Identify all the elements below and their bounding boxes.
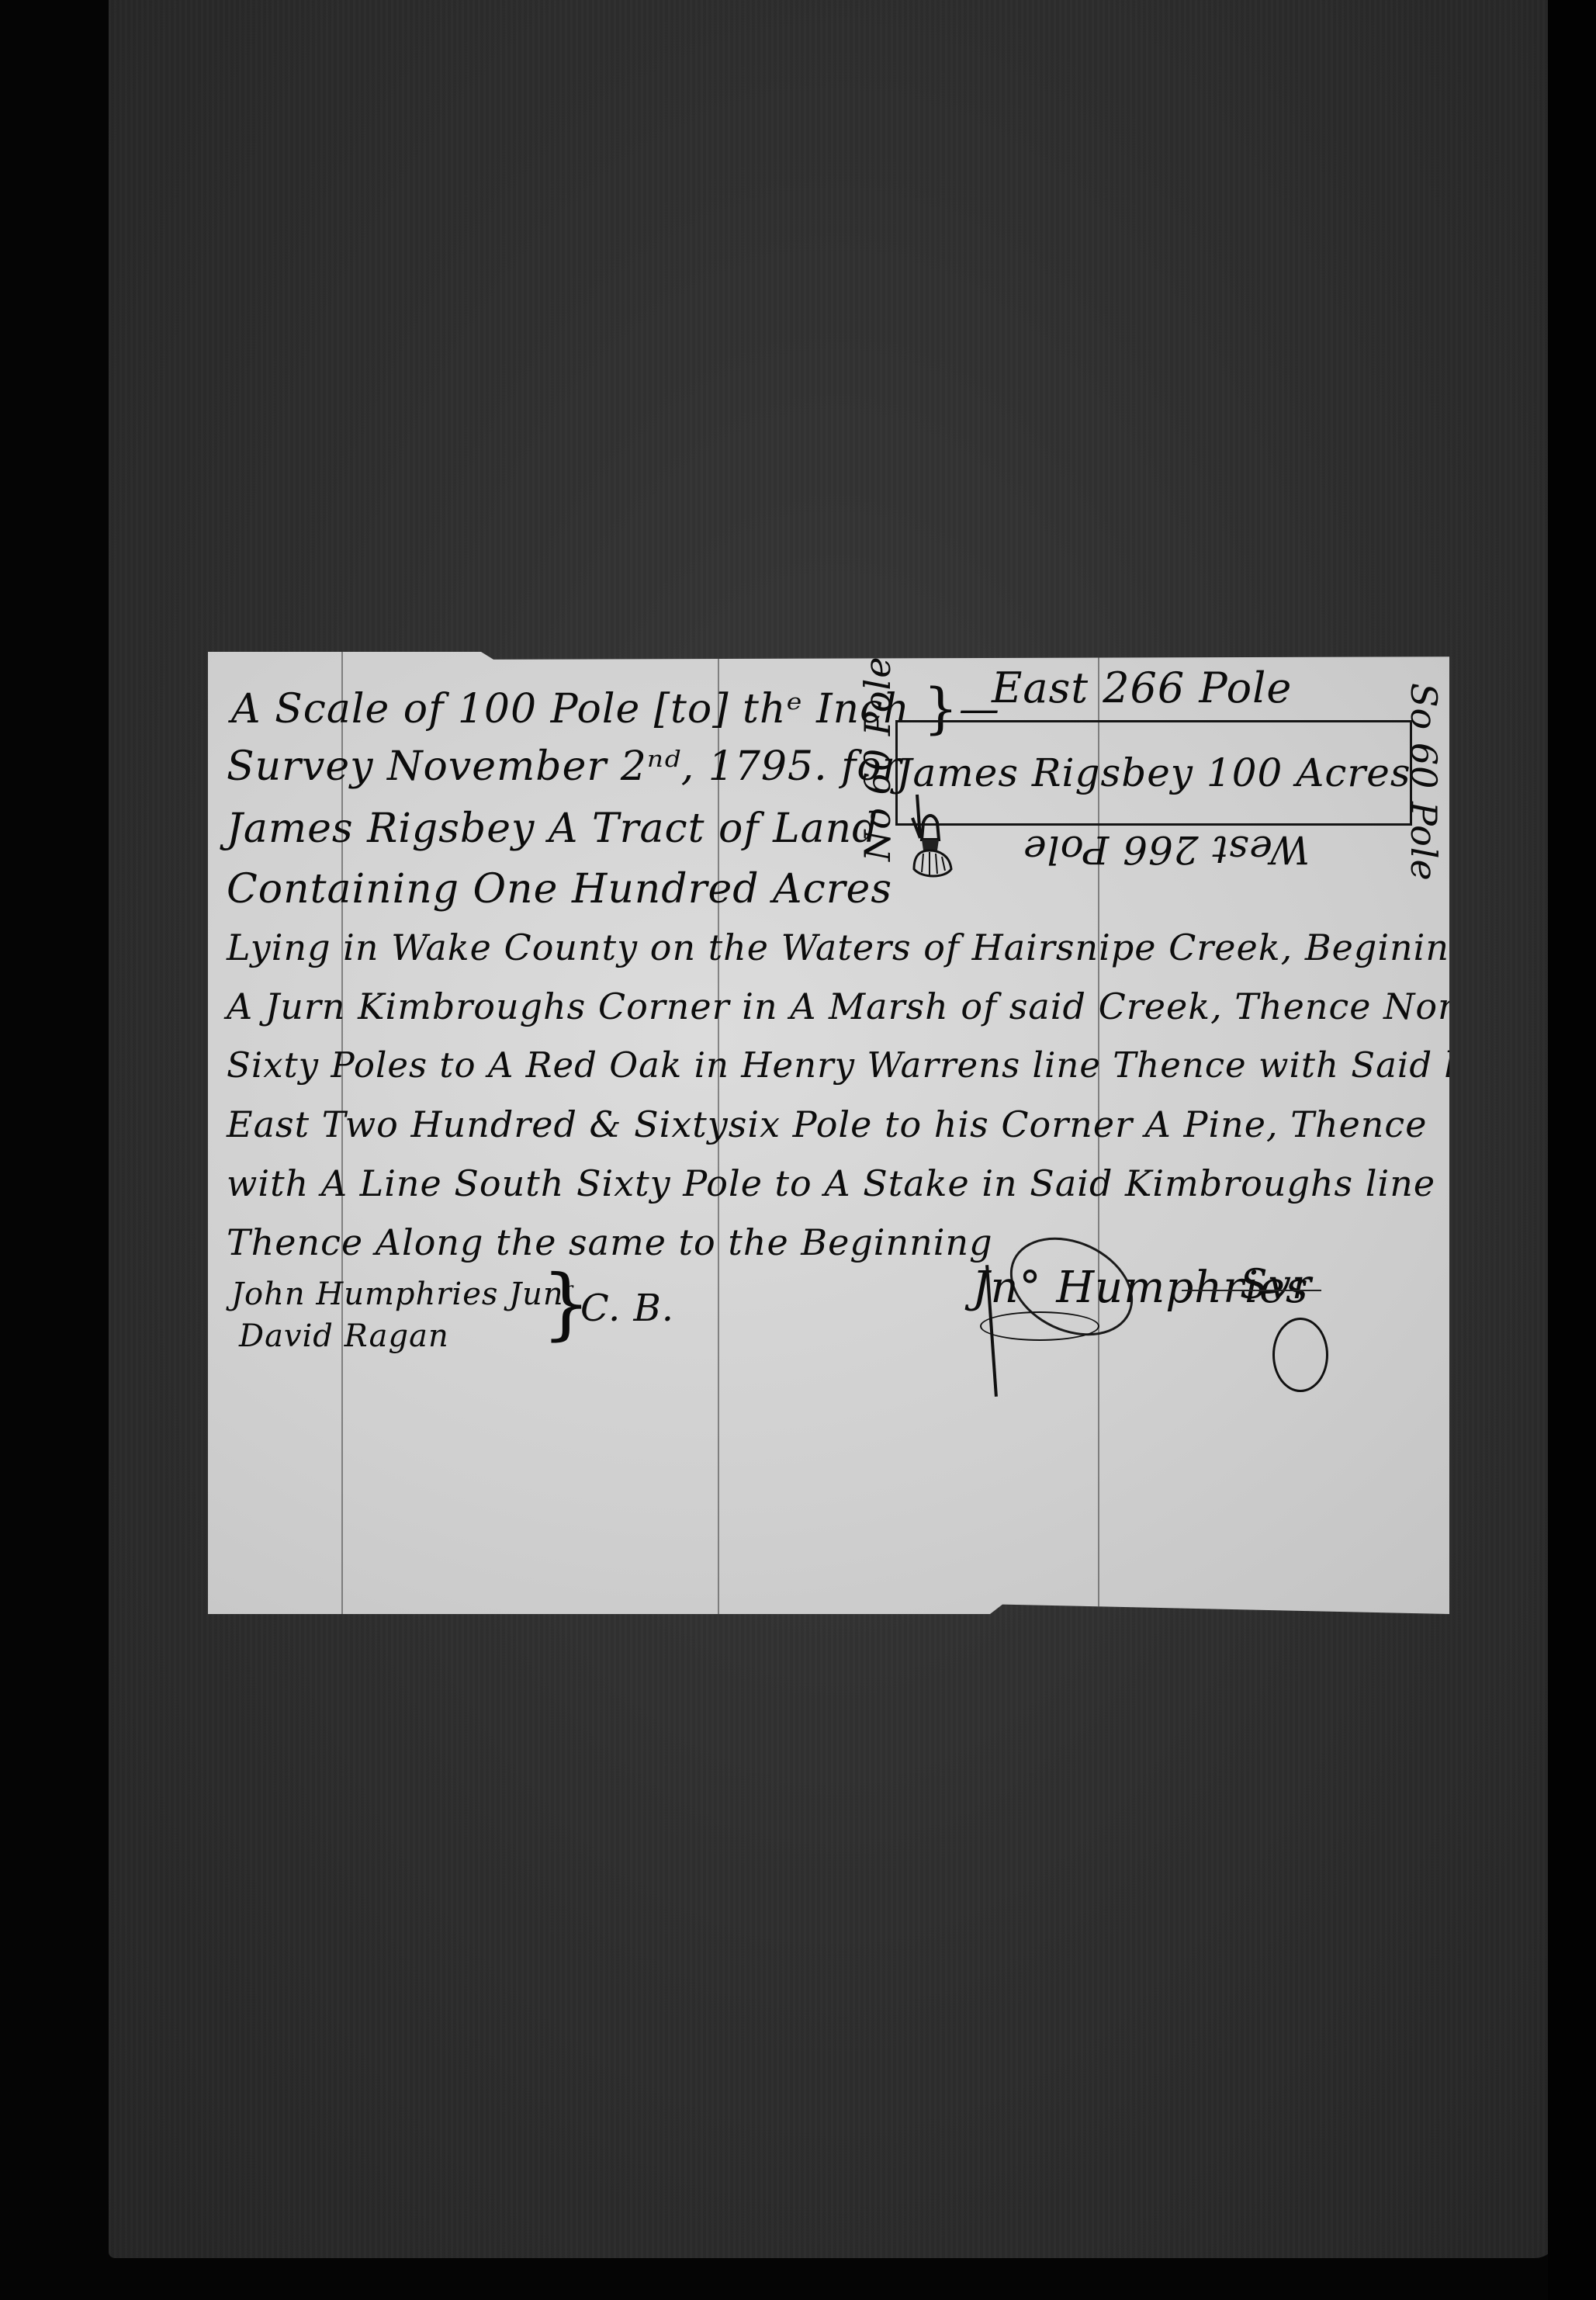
signature-line xyxy=(1182,1290,1321,1291)
body-line: James Rigsbey A Tract of Land xyxy=(227,809,878,849)
plat-box-label: James Rigsbey 100 Acres xyxy=(896,753,1411,792)
scanner-edge xyxy=(1548,0,1596,2300)
plat-right-label: So 60 Pole xyxy=(1406,683,1442,882)
seal-mark xyxy=(1272,1318,1328,1392)
body-line: East Two Hundred & Sixtysix Pole to his … xyxy=(227,1107,1427,1142)
surveyor-title: Svr xyxy=(1240,1265,1312,1305)
plat-top-label: East 266 Pole xyxy=(992,667,1292,709)
body-line: Survey November 2ⁿᵈ, 1795. for xyxy=(227,746,902,787)
chain-bearer-label: C. B. xyxy=(580,1290,674,1327)
plat-bottom-label: West 266 Pole xyxy=(1023,830,1310,869)
body-line: with A Line South Sixty Pole to A Stake … xyxy=(227,1166,1435,1201)
chain-bearer-name: John Humphries Junʳ xyxy=(231,1279,576,1310)
body-line: Thence Along the same to the Beginning xyxy=(227,1224,993,1260)
pointing-hand-icon xyxy=(906,791,961,885)
body-line: A Jurn Kimbroughs Corner in A Marsh of s… xyxy=(227,989,1494,1024)
signature-flourish xyxy=(980,1311,1099,1341)
body-line: Sixty Poles to A Red Oak in Henry Warren… xyxy=(227,1048,1513,1082)
body-line: Lying in Wake County on the Waters of Ha… xyxy=(227,930,1473,965)
survey-document: A Scale of 100 Pole [to] thᵉ Inch }— Eas… xyxy=(208,652,1449,1614)
body-line: Containing One Hundred Acres xyxy=(227,869,892,909)
plat-box: James Rigsbey 100 Acres xyxy=(895,720,1412,826)
chain-bearer-name: David Ragan xyxy=(239,1321,449,1352)
